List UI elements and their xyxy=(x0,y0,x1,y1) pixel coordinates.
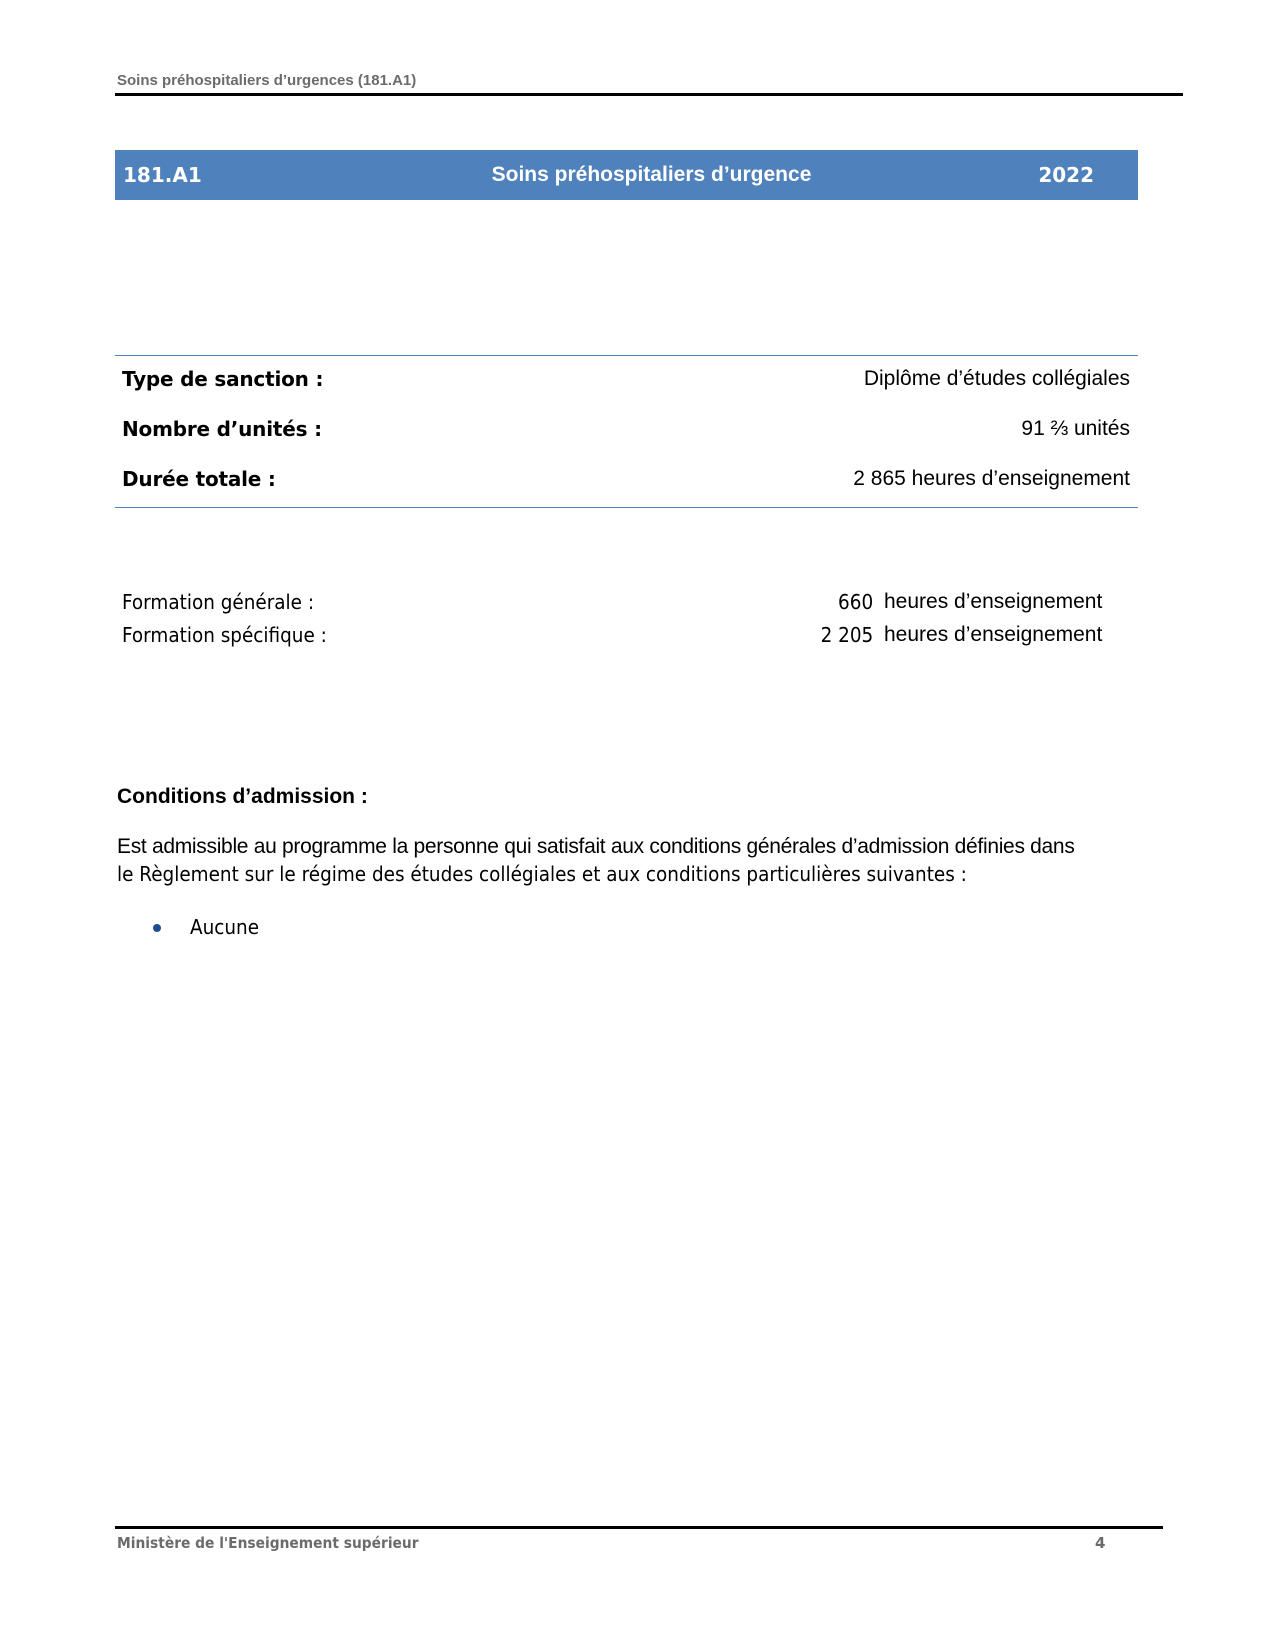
program-title: Soins préhospitaliers d’urgence xyxy=(115,163,1138,187)
specific-training-hours: 2 205 xyxy=(820,623,873,647)
admission-bullet-item: Aucune xyxy=(190,915,259,939)
footer-ministry: Ministère de l'Enseignement supérieur xyxy=(117,1534,419,1552)
running-header: Soins préhospitaliers d’urgences (181.A1… xyxy=(117,72,416,89)
admission-paragraph-line2: le Règlement sur le régime des études co… xyxy=(117,862,967,886)
units-label: Nombre d’unités : xyxy=(122,417,322,441)
bullet-icon xyxy=(153,924,161,932)
general-training-hours: 660 xyxy=(838,590,873,614)
sanction-value: Diplôme d’études collégiales xyxy=(864,367,1130,391)
units-value: 91 ⅔ unités xyxy=(1021,417,1130,441)
footer-rule xyxy=(115,1526,1163,1529)
summary-bottom-rule xyxy=(115,507,1138,508)
general-training-unit: heures d’enseignement xyxy=(884,590,1102,614)
admission-paragraph-line1: Est admissible au programme la personne … xyxy=(117,835,1075,859)
page-number: 4 xyxy=(1095,1534,1105,1552)
specific-training-unit: heures d’enseignement xyxy=(884,623,1102,647)
sanction-label: Type de sanction : xyxy=(122,367,323,391)
duration-label: Durée totale : xyxy=(122,467,276,491)
duration-value: 2 865 heures d’enseignement xyxy=(853,467,1130,491)
summary-top-rule xyxy=(115,355,1138,356)
program-banner: 181.A1 Soins préhospitaliers d’urgence 2… xyxy=(115,150,1138,200)
specific-training-label: Formation spécifique : xyxy=(122,623,327,647)
admission-heading: Conditions d’admission : xyxy=(117,785,368,809)
header-rule xyxy=(115,93,1183,96)
general-training-label: Formation générale : xyxy=(122,590,314,614)
program-year: 2022 xyxy=(1038,163,1094,187)
